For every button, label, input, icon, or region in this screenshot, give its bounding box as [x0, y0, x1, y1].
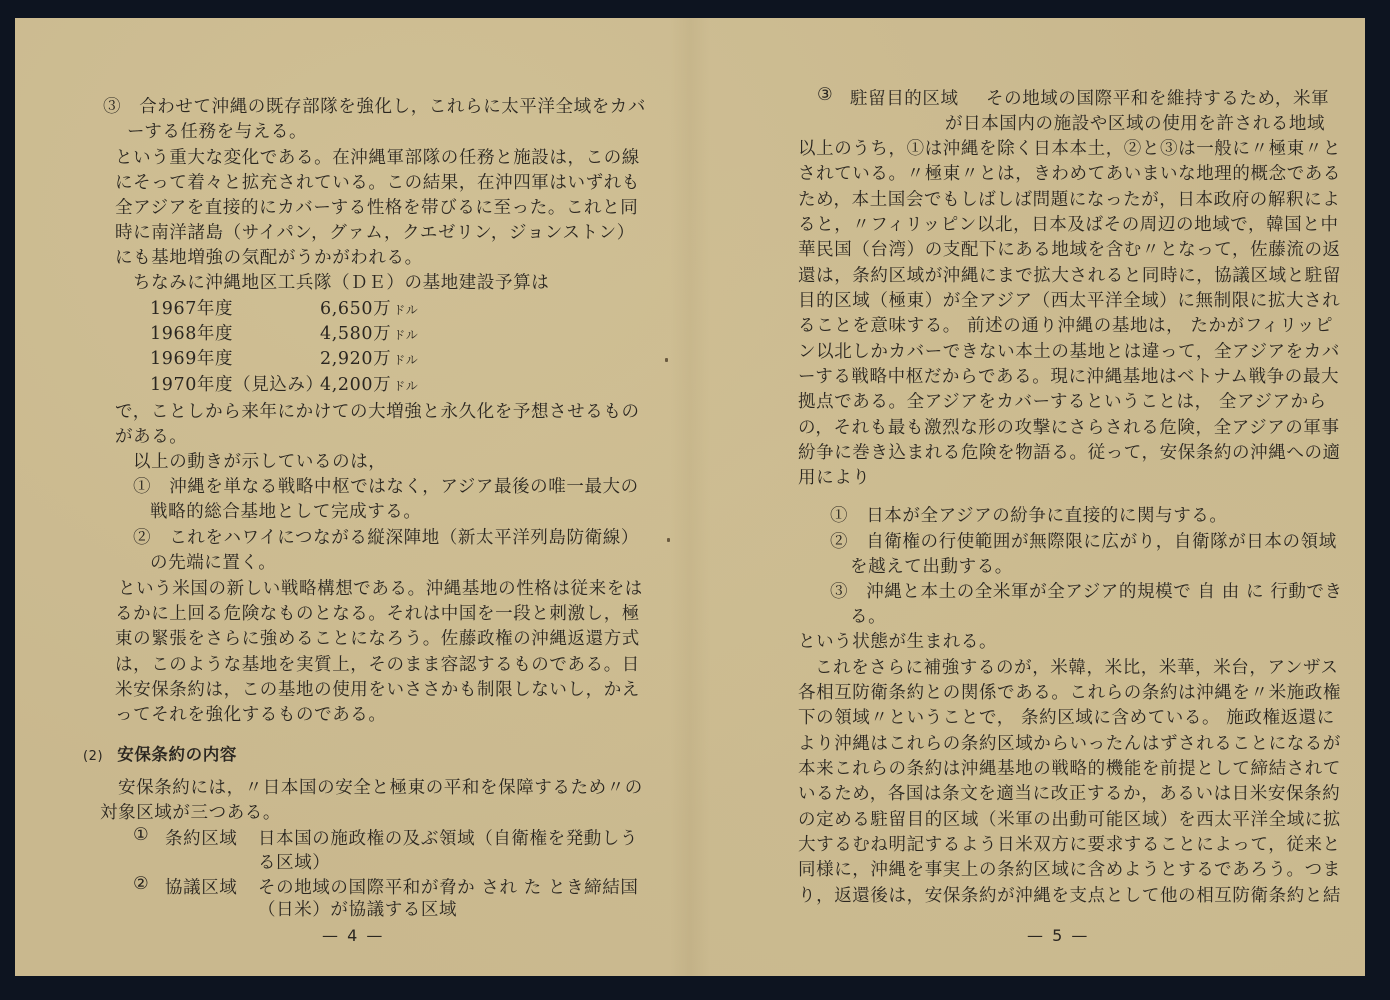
budget-amount: 6,650万ドル: [320, 295, 418, 320]
text-line: 以上の動きが示しているのは，: [133, 448, 386, 473]
text-line: いるため，各国は条文を適当に改正するか，あるいは日米安保条約: [798, 780, 1340, 805]
text-line: ることを意味する。 前述の通り沖縄の基地は， たかがフィリッピ: [798, 312, 1333, 337]
text-line: の，それも最も激烈な形の攻撃にさらされる危険，全アジアの軍事: [798, 414, 1340, 439]
area-desc: が日本国内の施設や区域の使用を許される地域: [945, 110, 1325, 135]
text-line: ため，本土国会でもしばしば問題になったが，日本政府の解釈によ: [798, 186, 1340, 211]
binding-mark: [667, 538, 670, 542]
page-number: — 5 —: [1027, 926, 1089, 945]
budget-year: 1970年度（見込み）: [150, 371, 324, 396]
budget-year: 1968年度: [150, 320, 233, 345]
text-line: 東の緊張をさらに強めることになろう。佐藤政権の沖縄返還方式: [115, 625, 640, 650]
text-line: ーする任務を与える。: [127, 118, 307, 143]
section-heading: (2)安保条約の内容: [83, 741, 237, 765]
text-line: という米国の新しい戦略構想である。沖縄基地の性格は従来をは: [118, 575, 643, 600]
text-line: 時に南洋諸島（サイパン，グァム，クエゼリン，ジョンストン）: [115, 219, 635, 244]
list-item: ① 沖縄を単なる戦略中枢ではなく，アジア最後の唯一最大の: [133, 473, 639, 498]
budget-year: 1969年度: [150, 345, 233, 370]
text-line: 目的区域（極東）が全アジア（西太平洋全域）に無制限に拡大され: [798, 287, 1340, 312]
text-line: より沖縄はこれらの条約区域からいったんはずされることになるが: [798, 730, 1341, 755]
text-line: 本来これらの条約は沖縄基地の戦略的機能を前提として締結されて: [798, 755, 1341, 780]
area-name: 協議区域: [165, 874, 237, 899]
area-marker: ③: [817, 85, 833, 105]
text-line: ると，〃フィリッピン以北，日本及ばその周辺の地域で，韓国と中: [798, 211, 1339, 236]
text-line: 紛争に巻き込まれる危険を物語る。従って，安保条約の沖縄への適: [798, 439, 1341, 464]
area-desc: 日本国の施政権の及ぶ領域（自衛権を発動しう: [258, 825, 638, 850]
text-line: ってそれを強化するものである。: [115, 701, 387, 726]
text-line: ーする戦略中枢だからである。現に沖縄基地はベトナム戦争の最大: [798, 363, 1339, 388]
text-line: で，ことしから来年にかけての大増強と永久化を予想させるもの: [115, 398, 640, 423]
text-line: 全アジアを直接的にカバーする性格を帯びるに至った。これと同: [115, 194, 638, 219]
text-line: るかに上回る危険なものとなる。それは中国を一段と刺激し，極: [115, 600, 640, 625]
list-item-cont: の先端に置く。: [150, 549, 276, 574]
text-line: 米安保条約は，この基地の使用をいささかも制限しないし，かえ: [115, 676, 640, 701]
text-line: 安保条約には，〃日本国の安全と極東の平和を保障するため〃の: [118, 774, 643, 799]
text-line: り，返還後は，安保条約が沖縄を支点として他の相互防衛条約と結: [798, 882, 1341, 907]
text-line: ③ 合わせて沖縄の既存部隊を強化し，これらに太平洋全域をカバ: [103, 93, 646, 118]
text-line: という状態が生まれる。: [798, 628, 997, 653]
area-name: 条約区域: [165, 825, 237, 850]
text-line: にも基地増強の気配がうかがわれる。: [115, 244, 423, 269]
area-desc: る区域）: [258, 849, 330, 874]
area-desc: （日米）が協議する区域: [258, 896, 457, 921]
text-line: は，このような基地を実質上，そのまま容認するものである。日: [115, 651, 640, 676]
text-line: 下の領域〃ということで， 条約区域に含めている。 施政権返還に: [798, 704, 1335, 729]
text-line: 用により: [798, 464, 870, 489]
text-line: がある。: [115, 423, 187, 448]
area-desc: その地域の国際平和を維持するため，米軍: [986, 85, 1329, 110]
text-line: これをさらに補強するのが，米韓，米比，米華，米台，アンザス: [815, 654, 1339, 679]
page-number: — 4 —: [322, 926, 384, 945]
list-item: ③ 沖縄と本土の全米軍が全アジア的規模で 自 由 に 行動でき: [830, 578, 1343, 603]
list-item-cont: る。: [850, 603, 886, 628]
section-title: 安保条約の内容: [117, 745, 237, 764]
text-line: の定める駐留目的区域（米軍の出動可能区域）を西太平洋全域に拡: [798, 806, 1341, 831]
left-page: ③ 合わせて沖縄の既存部隊を強化し，これらに太平洋全域をカバ ーする任務を与える…: [15, 18, 690, 976]
budget-amount: 2,920万ドル: [320, 345, 418, 370]
area-marker: ②: [133, 874, 149, 894]
budget-amount: 4,580万ドル: [320, 320, 418, 345]
text-line: 大するむね明記するよう日米双方に要求することによって，従来と: [798, 831, 1341, 856]
section-number: (2): [83, 749, 103, 764]
text-line: にそって着々と拡充されている。この結果，在沖四軍はいずれも: [115, 169, 640, 194]
text-line: 拠点である。全アジアをカバーするということは， 全アジアから: [798, 388, 1327, 413]
text-line: 対象区域が三つある。: [100, 799, 281, 824]
right-page: ③ 駐留目的区域 その地域の国際平和を維持するため，米軍 が日本国内の施設や区域…: [690, 18, 1365, 976]
list-item-cont: を越えて出動する。: [850, 553, 1013, 578]
area-name: 駐留目的区域: [850, 85, 959, 110]
text-line: ン以北しかカバーできない本土の基地とは違って，全アジアをカバ: [798, 338, 1340, 363]
list-item: ① 日本が全アジアの紛争に直接的に関与する。: [830, 502, 1228, 527]
list-item: ② 自衛権の行使範囲が無際限に広がり，自衛隊が日本の領域: [830, 528, 1337, 553]
binding-mark: [665, 358, 668, 362]
list-item: ② これをハワイにつながる縦深陣地（新太平洋列島防衛線）: [133, 524, 639, 549]
text-line: 華民国（台湾）の支配下にある地域を含む〃となって，佐藤流の返: [798, 236, 1341, 261]
text-line: 以上のうち，①は沖縄を除く日本本土，②と③は一般に〃極東〃と: [798, 135, 1341, 160]
list-item-cont: 戦略的総合基地として完成する。: [150, 498, 422, 523]
text-line: されている。〃極東〃とは，きわめてあいまいな地理的概念である: [798, 160, 1341, 185]
budget-amount: 4,200万ドル: [320, 371, 418, 396]
budget-year: 1967年度: [150, 295, 233, 320]
book-spread: ③ 合わせて沖縄の既存部隊を強化し，これらに太平洋全域をカバ ーする任務を与える…: [15, 18, 1365, 976]
area-marker: ①: [133, 825, 149, 845]
text-line: ちなみに沖縄地区工兵隊（ＤＥ）の基地建設予算は: [133, 269, 549, 294]
text-line: 同様に，沖縄を事実上の条約区域に含めようとするであろう。つま: [798, 856, 1341, 881]
text-line: という重大な変化である。在沖縄軍部隊の任務と施設は，この線: [115, 144, 640, 169]
text-line: 各相互防衛条約との関係である。これらの条約は沖縄を〃米施政権: [798, 679, 1341, 704]
text-line: 還は，条約区域が沖縄にまで拡大されると同時に，協議区域と駐留: [798, 262, 1341, 287]
